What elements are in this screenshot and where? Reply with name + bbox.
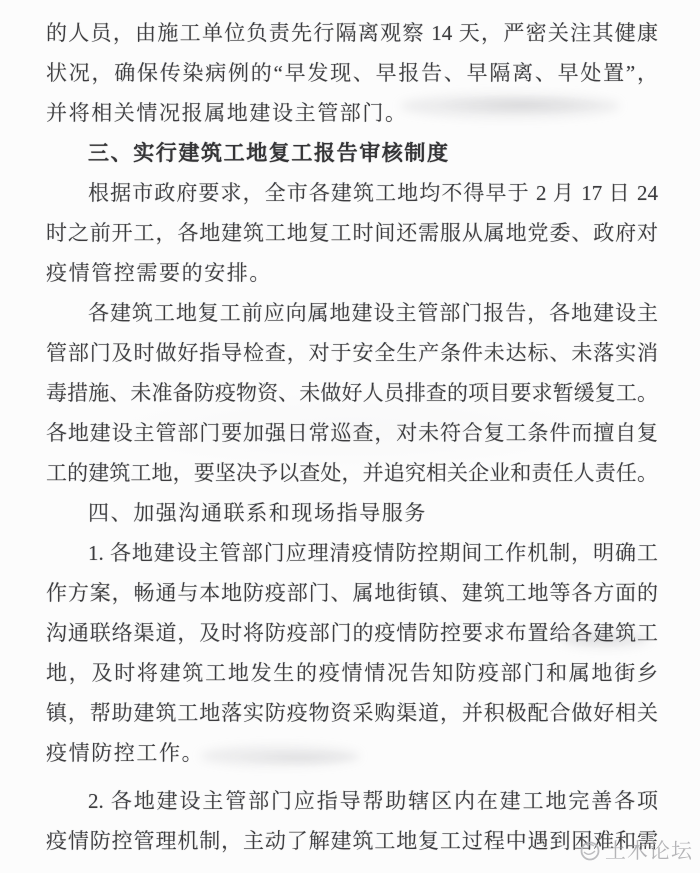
paragraph: 的人员，由施工单位负责先行隔离观察 14 天，严密关注其健康状况，确保传染病例的… — [46, 13, 658, 133]
document-body: 的人员，由施工单位负责先行隔离观察 14 天，严密关注其健康状况，确保传染病例的… — [46, 13, 658, 861]
text-line: 各地建设主管部门要加强日常巡查，对未符合复工条件而擅自复 — [46, 413, 658, 453]
paragraph: 各建筑工地复工前应向属地建设主管部门报告，各地建设主管部门及时做好指导检查，对于… — [46, 293, 658, 493]
text-line: 四、加强沟通联系和现场指导服务 — [46, 493, 658, 533]
watermark-text: 土木论坛 — [605, 835, 693, 865]
watermark: 土木论坛 — [578, 835, 693, 865]
text-line: 2. 各地建设主管部门应指导帮助辖区内在建工地完善各项 — [46, 781, 658, 821]
text-line: 作方案，畅通与本地防疫部门、属地街镇、建筑工地等各方面的 — [46, 573, 658, 613]
paragraph: 2. 各地建设主管部门应指导帮助辖区内在建工地完善各项疫情防控管理机制，主动了解… — [46, 781, 658, 861]
paragraph: 根据市政府要求，全市各建筑工地均不得早于 2 月 17 日 24时之前开工，各地… — [46, 173, 658, 293]
text-line: 三、实行建筑工地复工报告审核制度 — [46, 133, 658, 173]
section-heading: 三、实行建筑工地复工报告审核制度 — [46, 133, 658, 173]
text-line: 状况，确保传染病例的“早发现、早报告、早隔离、早处置”， — [46, 53, 658, 93]
text-line: 毒措施、未准备防疫物资、未做好人员排查的项目要求暂缓复工。 — [46, 373, 658, 413]
text-line: 根据市政府要求，全市各建筑工地均不得早于 2 月 17 日 24 — [46, 173, 658, 213]
globe-circle-icon — [578, 838, 602, 862]
text-line: 地，及时将建筑工地发生的疫情情况告知防疫部门和属地街乡 — [46, 653, 658, 693]
section-heading: 四、加强沟通联系和现场指导服务 — [46, 493, 658, 533]
text-line: 1. 各地建设主管部门应理清疫情防控期间工作机制，明确工 — [46, 533, 658, 573]
text-line: 时之前开工，各地建筑工地复工时间还需服从属地党委、政府对 — [46, 213, 658, 253]
text-line: 并将相关情况报属地建设主管部门。 — [46, 93, 658, 133]
text-line: 的人员，由施工单位负责先行隔离观察 14 天，严密关注其健康 — [46, 13, 658, 53]
text-line: 管部门及时做好指导检查，对于安全生产条件未达标、未落实消 — [46, 333, 658, 373]
text-line: 镇，帮助建筑工地落实防疫物资采购渠道，并积极配合做好相关 — [46, 693, 658, 733]
text-line: 疫情管控需要的安排。 — [46, 253, 658, 293]
text-line: 各建筑工地复工前应向属地建设主管部门报告，各地建设主 — [46, 293, 658, 333]
text-line: 疫情防控工作。 — [46, 733, 658, 773]
text-line: 工的建筑工地，要坚决予以查处，并追究相关企业和责任人责任。 — [46, 453, 658, 493]
document-page: 的人员，由施工单位负责先行隔离观察 14 天，严密关注其健康状况，确保传染病例的… — [0, 0, 700, 873]
paragraph: 1. 各地建设主管部门应理清疫情防控期间工作机制，明确工作方案，畅通与本地防疫部… — [46, 533, 658, 773]
text-line: 疫情防控管理机制，主动了解建筑工地复工过程中遇到困难和需 — [46, 821, 658, 861]
text-line: 沟通联络渠道，及时将防疫部门的疫情防控要求布置给各建筑工 — [46, 613, 658, 653]
